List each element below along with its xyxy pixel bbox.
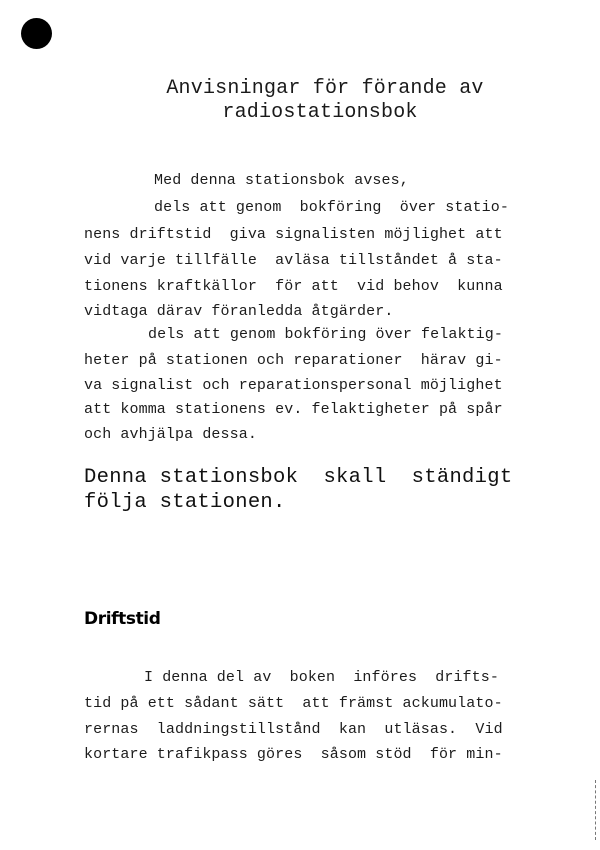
page-edge-marks [593,780,596,840]
section-heading-driftstid: Driftstid [84,609,161,629]
intro-line: va signalist och reparationspersonal möj… [84,377,503,394]
intro-line: att komma stationens ev. felaktigheter p… [84,401,503,418]
section-line: rernas laddningstillstånd kan utläsas. V… [84,721,503,738]
intro-line: nens driftstid giva signalisten möjlighe… [84,226,503,243]
intro-line: vid varje tillfälle avläsa tillståndet å… [84,252,503,269]
section-line: kortare trafikpass göres såsom stöd för … [84,746,503,763]
intro-line: heter på stationen och reparationer hära… [84,352,503,369]
document-title-line-2: radiostationsbok [0,101,600,124]
intro-line: Med denna stationsbok avses, [154,172,409,189]
intro-line: vidtaga därav föranledda åtgärder. [84,303,393,320]
intro-line: tionens kraftkällor för att vid behov ku… [84,278,503,295]
section-line: tid på ett sådant sätt att främst ackumu… [84,695,503,712]
binder-punch-hole [21,18,52,49]
notice-line-1: Denna stationsbok skall ständigt [84,466,512,489]
intro-line: och avhjälpa dessa. [84,426,257,443]
notice-line-2: följa stationen. [84,491,286,514]
intro-line: dels att genom bokföring över statio- [154,199,509,216]
intro-line: dels att genom bokföring över felaktig- [148,326,503,343]
section-line: I denna del av boken införes drifts- [144,669,499,686]
document-title-line-1: Anvisningar för förande av [0,77,600,100]
